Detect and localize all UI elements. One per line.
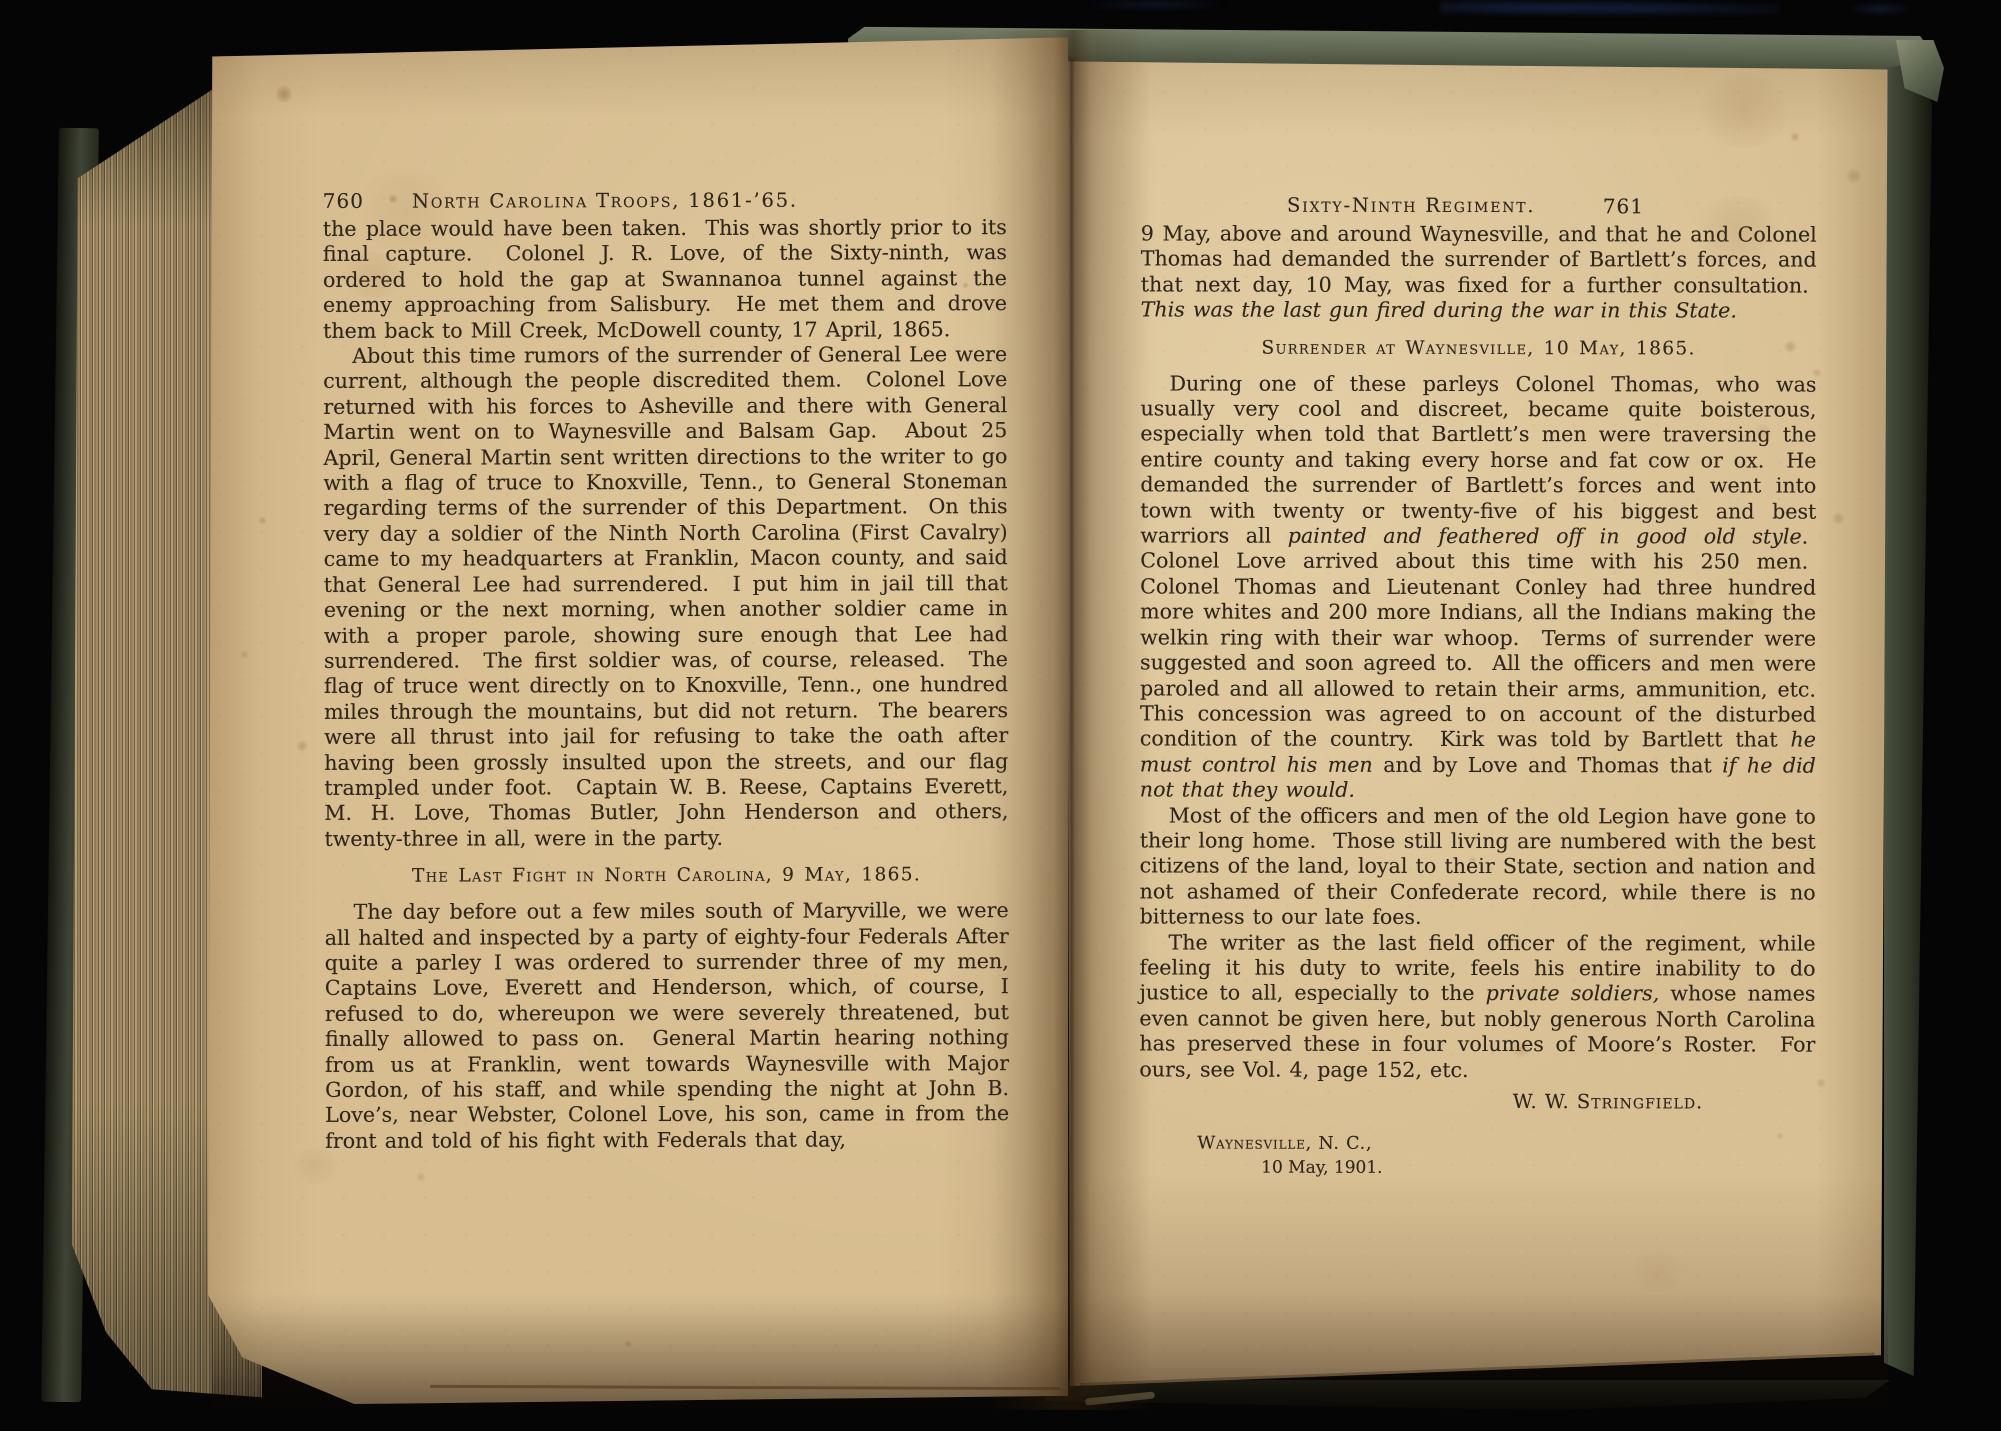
text-run-italic: This was the last gun fired during the w…	[1141, 298, 1737, 323]
dateline-place: Waynesville, N. C.,	[1197, 1134, 1815, 1155]
paragraph-right-1: 9 May, above and around Waynesville, and…	[1141, 221, 1817, 324]
background-mark	[1845, 2, 1915, 16]
background-mark	[1440, 0, 1780, 18]
left-page-text: 760 North Carolina Troops, 1861-’65. the…	[323, 187, 1010, 1154]
signature: W. W. Stringfield.	[1139, 1089, 1815, 1113]
paragraph-right-3: Most of the officers and men of the old …	[1140, 803, 1816, 931]
background-mark	[1080, 0, 1230, 12]
paragraph-left-2: About this time rumors of the surrender …	[323, 342, 1008, 852]
dateline-date: 10 May, 1901.	[1261, 1158, 1815, 1179]
paragraph-right-2: During one of these parleys Colonel Thom…	[1140, 371, 1817, 804]
right-page: Sixty-Ninth Regiment. 761 9 May, above a…	[1066, 44, 1890, 1386]
right-running-head: Sixty-Ninth Regiment.	[1141, 193, 1682, 217]
book-cover-right-edge	[1884, 64, 1932, 1376]
right-page-header: Sixty-Ninth Regiment. 761	[1141, 193, 1817, 222]
right-page-text: Sixty-Ninth Regiment. 761 9 May, above a…	[1139, 193, 1817, 1178]
text-run-italic: painted and feathered off in good old st…	[1288, 524, 1802, 549]
gutter-line	[1070, 58, 1073, 1390]
text-run-italic: private soldiers,	[1486, 981, 1660, 1005]
left-page-number: 760	[323, 189, 364, 213]
text-run: . Colonel Love arrived about this time w…	[1140, 525, 1816, 752]
paragraph-right-4: The writer as the last field officer of …	[1139, 930, 1815, 1084]
paragraph-left-1: the place would have been taken. This wa…	[323, 215, 1007, 344]
left-page: 760 North Carolina Troops, 1861-’65. the…	[208, 36, 1068, 1404]
text-run: 9 May, above and around Waynesville, and…	[1141, 221, 1817, 297]
left-running-head: North Carolina Troops, 1861-’65.	[412, 189, 798, 213]
book-cover-bottom-edge	[1045, 1380, 1890, 1410]
section-heading-right: Surrender at Waynesville, 10 May, 1865.	[1141, 337, 1817, 359]
paragraph-left-3: The day before out a few miles south of …	[325, 898, 1010, 1154]
left-page-header: 760 North Carolina Troops, 1861-’65.	[323, 187, 1007, 217]
text-run: and by Love and Thomas that	[1373, 753, 1723, 778]
right-page-number: 761	[1603, 194, 1644, 218]
book-scan: 760 North Carolina Troops, 1861-’65. the…	[0, 0, 2001, 1431]
section-heading-left: The Last Fight in North Carolina, 9 May,…	[325, 864, 1009, 887]
text-run: During one of these parleys Colonel Thom…	[1140, 371, 1816, 548]
